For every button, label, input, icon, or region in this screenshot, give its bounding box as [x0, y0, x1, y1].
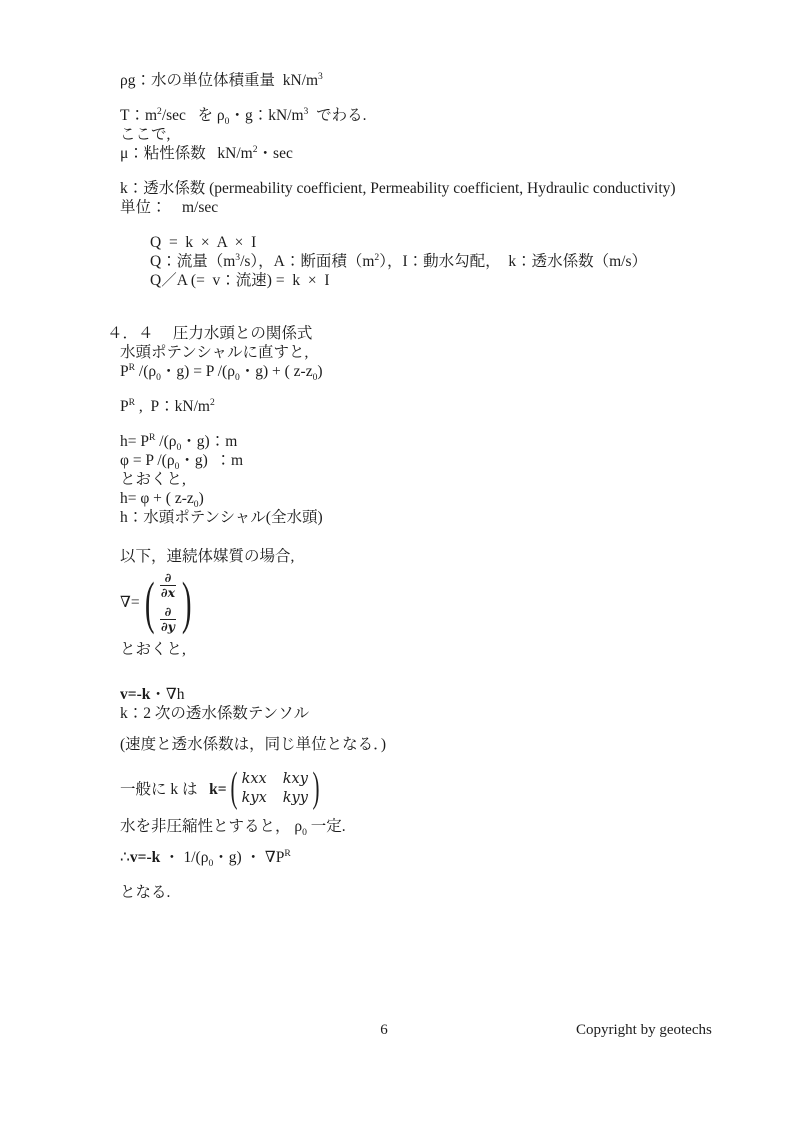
fraction-denominator: ∂x [160, 585, 176, 600]
text-line: 水頭ポテンシャルに直すと, [120, 343, 780, 362]
text-block: T：m2/sec を ρ0・g：kN/m3 でわる.ここで,μ：粘性係数 kN/… [120, 106, 780, 163]
parenthesis: ( [230, 771, 237, 807]
text-block: (速度と透水係数は，同じ単位となる．) [120, 735, 780, 754]
text-run: ・∇h [150, 686, 184, 703]
partial-derivative-fraction: ∂∂x [160, 571, 176, 601]
page-content: ρg：水の単位体積重量 kN/m3T：m2/sec を ρ0・g：kN/m3 で… [120, 71, 780, 902]
text-line: h= φ + ( z-z0) [120, 489, 780, 508]
document-page: ρg：水の単位体積重量 kN/m3T：m2/sec を ρ0・g：kN/m3 で… [0, 0, 793, 1122]
matrix-entry: kyy [283, 789, 308, 809]
text-run: /s），A：断面積（m [240, 253, 374, 270]
text-run: 水を非圧縮性とすると， ρ [120, 818, 302, 835]
k-matrix: kxxkxykyxkyy [242, 770, 308, 809]
parenthesis: ( [144, 578, 154, 627]
text-run: とおくと, [120, 641, 186, 658]
text-run: ・g)：m [181, 433, 237, 450]
text-run: ・g) = P /(ρ [161, 363, 235, 380]
text-line: 水を非圧縮性とすると， ρ0 一定. [120, 817, 780, 836]
text-run: h= φ + ( z-z [120, 490, 194, 507]
text-block: 以下，連続体媒質の場合,∇=(∂∂x∂∂y)とおくと, [120, 547, 780, 659]
text-block: v=-k・∇hk：2 次の透水係数テンソル [120, 685, 780, 723]
text-line: ρg：水の単位体積重量 kN/m3 [120, 71, 780, 90]
text-run: ) [199, 490, 204, 507]
matrix-symbol-label: k= [209, 780, 226, 799]
superscript: R [284, 847, 290, 858]
text-run: h= P [120, 433, 149, 450]
text-run: Q：流量（m [150, 253, 235, 270]
text-run: k：透水係数 (permeability coefficient, Permea… [120, 180, 676, 197]
text-line: h：水頭ポテンシャル(全水頭) [120, 508, 780, 527]
text-run: ここで, [120, 126, 170, 143]
text-block: Q = k × A × IQ：流量（m3/s），A：断面積（m2），I：動水勾配… [150, 233, 780, 290]
text-run: ∴ [120, 849, 130, 866]
fraction-numerator: ∂ [165, 571, 172, 585]
text-run: /sec を ρ [162, 107, 225, 124]
text-run: /(ρ [135, 363, 156, 380]
partial-derivative-fraction: ∂∂y [160, 605, 176, 635]
text-line: k：透水係数 (permeability coefficient, Permea… [120, 179, 780, 198]
text-line: とおくと, [120, 640, 780, 659]
text-line: φ = P /(ρ0・g) ：m [120, 451, 780, 470]
text-line: となる. [120, 883, 780, 902]
text-block: 一般に k は k=(kxxkxykyxkyy) [120, 770, 780, 809]
text-run: でわる. [308, 107, 366, 124]
text-line: k：2 次の透水係数テンソル [120, 704, 780, 723]
text-run: ・g) + ( z-z [240, 363, 313, 380]
text-run: ρg：水の単位体積重量 kN/m [120, 72, 318, 89]
text-block: h= PR /(ρ0・g)：mφ = P /(ρ0・g) ：mとおくと,h= φ… [120, 432, 780, 527]
text-run: ・sec [258, 145, 293, 162]
text-run: 一般に k は [120, 780, 209, 799]
text-line: PR /(ρ0・g) = P /(ρ0・g) + ( z-z0) [120, 362, 780, 381]
text-run: ・g) ・ ∇P [213, 849, 284, 866]
text-line: ∴v=-k ・ 1/(ρ0・g) ・ ∇PR [120, 848, 780, 867]
nabla-definition: ∇=(∂∂x∂∂y) [120, 569, 780, 637]
parenthesis: ) [182, 578, 192, 627]
text-block: PR , P：kN/m2 [120, 397, 780, 416]
text-block: ∴v=-k ・ 1/(ρ0・g) ・ ∇PR [120, 848, 780, 867]
text-line: Q：流量（m3/s），A：断面積（m2），I：動水勾配， k：透水係数（m/s） [150, 252, 780, 271]
text-line: 単位： m/sec [120, 198, 780, 217]
superscript: 2 [210, 397, 215, 408]
text-run: v=-k [130, 849, 160, 866]
text-block: となる. [120, 883, 780, 902]
text-run: ・ 1/(ρ [160, 849, 208, 866]
text-line: μ：粘性係数 kN/m2・sec [120, 144, 780, 163]
permeability-matrix-line: 一般に k は k=(kxxkxykyxkyy) [120, 770, 780, 809]
text-line: (速度と透水係数は，同じ単位となる．) [120, 735, 780, 754]
superscript: 3 [318, 71, 323, 82]
text-run: 以下，連続体媒質の場合, [120, 548, 294, 565]
text-line: PR , P：kN/m2 [120, 397, 780, 416]
text-run: P [120, 398, 129, 415]
text-block: 水を非圧縮性とすると， ρ0 一定. [120, 817, 780, 836]
text-run: P [120, 363, 129, 380]
text-line: ここで, [120, 125, 780, 144]
text-block: k：透水係数 (permeability coefficient, Permea… [120, 179, 780, 217]
text-run: φ = P /(ρ [120, 452, 175, 469]
text-run: (速度と透水係数は，同じ単位となる．) [120, 736, 386, 753]
text-run: 一定. [307, 818, 346, 835]
matrix-entry: kyx [242, 789, 267, 809]
text-run: /(ρ [155, 433, 176, 450]
section-heading: ４．４ 圧力水頭との関係式 [107, 324, 780, 343]
page-number: 6 [372, 1022, 396, 1039]
fraction-denominator: ∂y [160, 619, 176, 634]
text-line: h= PR /(ρ0・g)：m [120, 432, 780, 451]
text-run: ４．４ 圧力水頭との関係式 [107, 325, 312, 342]
text-run: ・g) ：m [179, 452, 243, 469]
parenthesis: ) [312, 771, 319, 807]
text-run: ∇= [120, 593, 140, 612]
text-run: h：水頭ポテンシャル(全水頭) [120, 509, 323, 526]
vector-column: ∂∂x∂∂y [160, 569, 176, 637]
text-run: 単位： m/sec [120, 199, 218, 216]
text-run: T：m [120, 107, 157, 124]
text-run: Q／A (= v：流速) = k × I [150, 272, 330, 289]
text-line: T：m2/sec を ρ0・g：kN/m3 でわる. [120, 106, 780, 125]
text-block: ρg：水の単位体積重量 kN/m3 [120, 71, 780, 90]
matrix-entry: kxy [283, 770, 308, 790]
text-run: ・g：kN/m [229, 107, 303, 124]
text-run: となる. [120, 884, 170, 901]
text-block: ４．４ 圧力水頭との関係式水頭ポテンシャルに直すと,PR /(ρ0・g) = P… [120, 324, 780, 381]
text-run: v=-k [120, 686, 150, 703]
text-line: v=-k・∇h [120, 685, 780, 704]
copyright: Copyright by geotechs [576, 1022, 712, 1039]
text-line: Q／A (= v：流速) = k × I [150, 271, 780, 290]
text-run: k：2 次の透水係数テンソル [120, 705, 309, 722]
text-line: 以下，連続体媒質の場合, [120, 547, 780, 566]
text-run: とおくと, [120, 471, 186, 488]
fraction-numerator: ∂ [165, 605, 172, 619]
text-line: Q = k × A × I [150, 233, 780, 252]
text-run: , P：kN/m [135, 398, 210, 415]
text-run: Q = k × A × I [150, 234, 256, 251]
text-run: ），I：動水勾配， k：透水係数（m/s） [379, 253, 647, 270]
text-run: 水頭ポテンシャルに直すと, [120, 344, 308, 361]
text-run: μ：粘性係数 kN/m [120, 145, 253, 162]
matrix-entry: kxx [242, 770, 267, 790]
text-line: とおくと, [120, 470, 780, 489]
text-run: ) [317, 363, 322, 380]
